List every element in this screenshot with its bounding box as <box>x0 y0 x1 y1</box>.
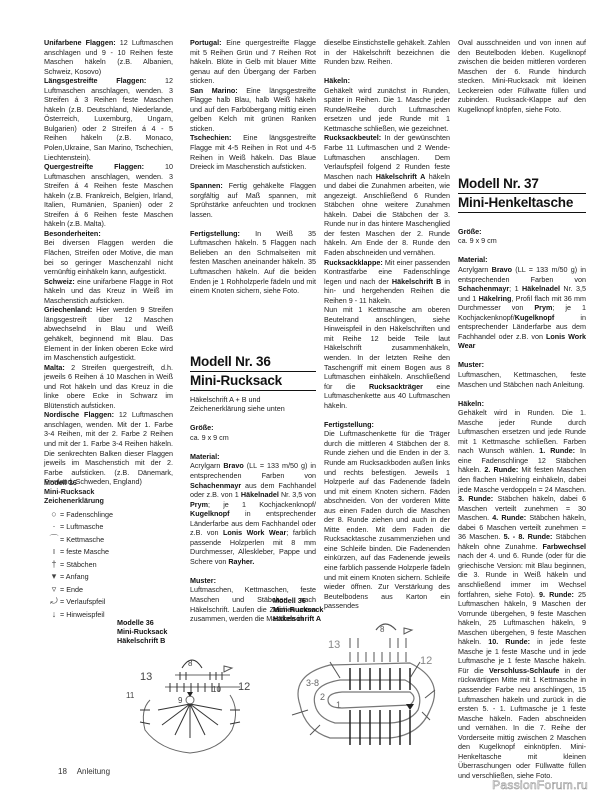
paragraph-material: Acrylgarn Bravo (LL = 133 m/50 g) in ent… <box>458 265 586 351</box>
double-crochet-icon: † <box>48 560 60 569</box>
paragraph-muster: Luftmaschen, Kettmaschen, feste Maschen … <box>458 370 586 389</box>
legend-title-1: Modell 36 <box>44 478 164 487</box>
paragraph-spannen: Spannen: Fertig gehäkelte Flaggen sorgfä… <box>190 181 316 219</box>
svg-text:3-8: 3-8 <box>306 678 319 688</box>
heading-muster: Muster: <box>190 576 316 586</box>
paragraph-nordisch: Nordische Flaggen: 12 Luftmaschen anschl… <box>44 410 173 486</box>
legend-item: ▾= Anfang <box>48 571 164 584</box>
heading-muster: Muster: <box>458 360 586 370</box>
legend-title-3: Zeichenerklärung <box>44 496 164 505</box>
heading-haekeln: Häkeln: <box>458 399 586 409</box>
paragraph-muster-cont: dieselbe Einstichstelle gehäkelt. Zahlen… <box>324 38 450 67</box>
paragraph-tschechien: Tschechien: Eine längsgestreifte Flagge … <box>190 133 316 171</box>
legend-item: †= Stäbchen <box>48 558 164 571</box>
section-name: Anleitung <box>77 767 110 776</box>
paragraph-haekeln: Gehäkelt wird in Runden. Die 1. Masche j… <box>458 408 586 780</box>
model36-title: Modell Nr. 36 <box>190 354 316 372</box>
paragraph-laengsgestreift: Längsgestreifte Flaggen: 12 Luftmaschen … <box>44 76 173 162</box>
legend-item: ⌒= Kettmasche <box>48 533 164 546</box>
legend-item: ⤾= Verlaufspfeil <box>48 596 164 609</box>
crochet-chart-b: 13 8 12 9 10 11 <box>120 650 260 760</box>
paragraph-portugal: Portugal: Eine quergestreifte Flagge mit… <box>190 38 316 86</box>
legend-item: ı= feste Masche <box>48 546 164 559</box>
legend-item: ▿= Ende <box>48 583 164 596</box>
svg-text:12: 12 <box>238 681 250 693</box>
column-model37: Oval ausschneiden und von innen auf den … <box>458 38 586 780</box>
paragraph-unifarbene: Unifarbene Flaggen: 12 Luftmaschen ansch… <box>44 38 173 76</box>
chain-stitch-icon: · <box>48 522 60 531</box>
heading-besonderheiten: Besonderheiten: <box>44 229 173 239</box>
svg-text:8: 8 <box>188 659 193 668</box>
paragraph-sanmarino: San Marino: Eine längsgestreifte Flagge … <box>190 86 316 134</box>
column-flags-and-model36: Portugal: Eine quergestreifte Flagge mit… <box>190 38 316 624</box>
page-number: 18 <box>58 767 67 776</box>
model36-subtitle: Mini-Rucksack <box>190 373 316 391</box>
legend-item: ·= Luftmasche <box>48 521 164 534</box>
svg-text:12: 12 <box>420 655 432 667</box>
paragraph-griechenland: Griechenland: Hier werden 9 Streifen län… <box>44 305 173 362</box>
legend-title-2: Mini-Rucksack <box>44 487 164 496</box>
model37-title: Modell Nr. 37 <box>458 176 586 194</box>
heading-haekeln: Häkeln: <box>324 76 450 86</box>
groesse-value: ca. 9 x 9 cm <box>190 433 316 443</box>
diagram-b-title: Modelle 36 Mini-Rucksack Häkelschrift B <box>117 618 167 645</box>
end-marker-icon: ▿ <box>48 585 60 594</box>
svg-text:10: 10 <box>212 685 221 694</box>
chain-ring-icon: ○ <box>48 510 60 519</box>
paragraph-fertigstellung-flags: Fertigstellung: In Weiß 35 Luftmaschen h… <box>190 229 316 296</box>
direction-arrow-icon: ⤾ <box>48 597 60 606</box>
svg-text:8: 8 <box>380 625 385 634</box>
pointer-arrow-icon: ↓ <box>48 610 60 619</box>
heading-groesse: Größe: <box>190 423 316 433</box>
paragraph-besonderheiten: Bei diversen Flaggen werden die Flächen,… <box>44 238 173 276</box>
start-marker-icon: ▾ <box>48 572 60 581</box>
model37-subtitle: Mini-Henkeltasche <box>458 195 586 213</box>
heading-fertigstellung: Fertigstellung: <box>324 420 450 430</box>
page-footer: 18 Anleitung <box>58 767 118 776</box>
paragraph-malta: Malta: 2 Streifen quergestreift, d.h. je… <box>44 363 173 411</box>
paragraph-haekeln: Gehäkelt wird zunächst in Runden, später… <box>324 86 450 134</box>
heading-groesse: Größe: <box>458 227 586 237</box>
heading-material: Material: <box>190 452 316 462</box>
svg-text:13: 13 <box>140 671 152 683</box>
paragraph-material: Acrylgarn Bravo (LL = 133 m/50 g) in ent… <box>190 461 316 566</box>
model36-intro: Häkelschrift A + B und Zeichenerklärung … <box>190 395 316 414</box>
column-model36-instructions: dieselbe Einstichstelle gehäkelt. Zahlen… <box>324 38 450 611</box>
paragraph-quergestreift: Quergestreifte Flaggen: 10 Luftmaschen a… <box>44 162 173 229</box>
slip-stitch-icon: ⌒ <box>48 535 60 544</box>
svg-text:11: 11 <box>126 691 135 700</box>
single-crochet-icon: ı <box>48 547 60 556</box>
svg-text:13: 13 <box>328 639 340 651</box>
crochet-chart-a: 13 8 12 3-8 2 1 <box>280 620 450 750</box>
diagram-a-title: Modell 36 Mini-Rucksack Häkelschrift A <box>273 596 323 623</box>
column-flags-instructions: Unifarbene Flaggen: 12 Luftmaschen ansch… <box>44 38 173 487</box>
symbol-legend: Modell 36 Mini-Rucksack Zeichenerklärung… <box>44 478 164 621</box>
svg-text:1: 1 <box>336 700 341 710</box>
heading-material: Material: <box>458 255 586 265</box>
paragraph-rucksackklappe: Rucksackklappe: Mit einer passenden Kont… <box>324 258 450 306</box>
paragraph-fertigstellung: Die Luftmaschenkette für die Träger durc… <box>324 429 450 610</box>
paragraph-schweiz: Schweiz: eine unifarbene Flagge in Rot h… <box>44 277 173 306</box>
svg-text:2: 2 <box>320 692 325 702</box>
paragraph-nun: Nun mit 1 Kettmasche am oberen Beutelran… <box>324 305 450 410</box>
watermark: PassionForum.ru <box>492 778 588 792</box>
paragraph-rucksackbeutel: Rucksackbeutel: In der gewünschten Farbe… <box>324 133 450 257</box>
paragraph-fertigstellung-cont: Oval ausschneiden und von innen auf den … <box>458 38 586 114</box>
svg-text:9: 9 <box>178 696 183 705</box>
legend-item: ○= Fadenschlinge <box>48 508 164 521</box>
groesse-value: ca. 9 x 9 cm <box>458 236 586 246</box>
